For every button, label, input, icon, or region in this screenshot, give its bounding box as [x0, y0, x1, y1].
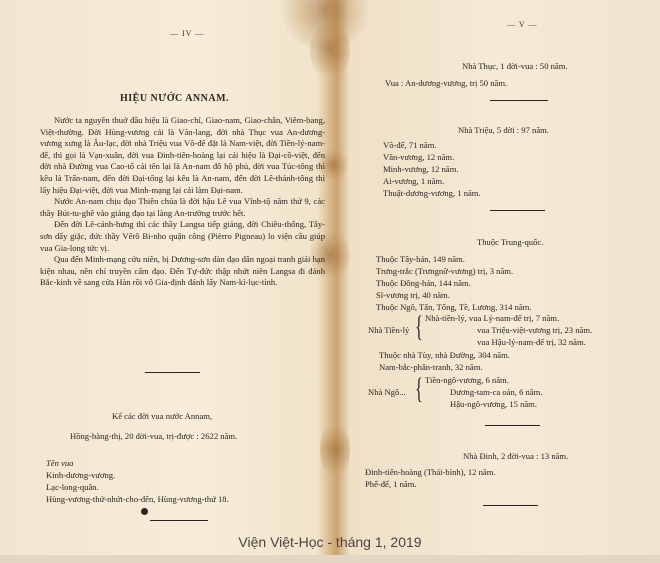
- divider: [483, 505, 538, 506]
- section-heading: Kể các đời vua nước Annam,: [112, 411, 212, 421]
- divider: [490, 100, 548, 101]
- right-page: — V — Nhà Thục, 1 đời-vua : 50 năm. Vua …: [365, 0, 650, 545]
- paragraph: Đến đời Lê-cảnh-hưng thì các thầy Langsa…: [40, 219, 325, 254]
- dynasty-entry: vua Hậu-lý-nam-đế trị, 32 năm.: [477, 337, 586, 347]
- paragraph: Nước ta nguyên thuở đầu hiệu là Giao-chỉ…: [40, 115, 325, 196]
- dynasty-entry: Phế-đế, 1 năm.: [365, 479, 417, 489]
- dynasty-line: Hồng-bàng-thị, 20 đời-vua, trị-được : 26…: [70, 431, 237, 441]
- page-number: — V —: [507, 20, 538, 29]
- divider: [145, 372, 200, 373]
- dynasty-entry: Đinh-tiên-hoàng (Thái-bình), 12 năm.: [365, 467, 496, 477]
- page-title: HIỆU NƯỚC ANNAM.: [120, 93, 229, 104]
- divider: [490, 210, 545, 211]
- dynasty-entry: Hậu-ngô-vương, 15 năm.: [450, 399, 537, 409]
- dynasty-heading-dinh: Nhà Đinh, 2 đời-vua : 13 năm.: [463, 451, 568, 461]
- ngo-label: Nhà Ngô...: [368, 387, 406, 397]
- left-page: — IV — HIỆU NƯỚC ANNAM. Nước ta nguyên t…: [40, 0, 330, 545]
- dynasty-entry: Nhà-tiền-lý, vua Lý-nam-đế trị, 7 năm.: [425, 313, 559, 323]
- ink-blot: [141, 508, 148, 515]
- dynasty-heading-trieu: Nhà Triệu, 5 đời : 97 năm.: [458, 125, 549, 135]
- dynasty-heading-trung-quoc: Thuộc Trung-quốc.: [477, 237, 543, 247]
- dynasty-entry: vua Triệu-việt-vương trị, 23 năm.: [477, 325, 592, 335]
- dynasty-entry: Minh-vương, 12 năm.: [383, 164, 459, 174]
- tien-ly-label: Nhà Tiền-lý: [368, 325, 409, 335]
- history-text: Nước ta nguyên thuở đầu hiệu là Giao-chỉ…: [40, 115, 325, 289]
- dynasty-entry: Thuật-dương-vương, 1 năm.: [383, 188, 481, 198]
- divider: [150, 520, 208, 521]
- dynasty-entry: Thuộc Tây-hán, 149 năm.: [376, 254, 465, 264]
- dynasty-entry: Thuộc Đông-hán, 144 năm.: [376, 278, 471, 288]
- dynasty-entry: Vua : An-dương-vương, trị 50 năm.: [385, 78, 507, 88]
- brace: {: [415, 374, 423, 404]
- dynasty-entry: Tiền-ngô-vương, 6 năm.: [425, 375, 509, 385]
- king-entry: Kinh-dương-vương.: [46, 470, 115, 480]
- dynasty-entry: Ai-vương, 1 năm.: [383, 176, 444, 186]
- dynasty-entry: Dương-tam-ca oán, 6 năm.: [450, 387, 542, 397]
- dynasty-entry: Thuộc Ngô, Tấn, Tống, Tề, Lương, 314 năm…: [376, 302, 532, 312]
- source-caption: Viện Việt-Học - tháng 1, 2019: [0, 534, 660, 550]
- king-entry: Lạc-long-quân.: [46, 482, 99, 492]
- paragraph: Qua đến Minh-mạng cửu niên, bị Dương-sơn…: [40, 254, 325, 289]
- dynasty-entry: Sĩ-vương trị, 40 năm.: [376, 290, 450, 300]
- paragraph: Nước An-nam chịu đạo Thiên chúa là đời h…: [40, 196, 325, 219]
- dynasty-entry: Nam-bắc-phân-tranh, 32 năm.: [379, 362, 483, 372]
- dynasty-entry: Trưng-trắc (Trưngnữ-vương) trị, 3 năm.: [376, 266, 513, 276]
- dynasty-entry: Thuộc nhà Tùy, nhà Đường, 304 năm.: [379, 350, 510, 360]
- dynasty-entry: Văn-vương, 12 năm.: [383, 152, 454, 162]
- dynasty-entry: Võ-đế, 71 năm.: [383, 140, 436, 150]
- divider: [485, 425, 540, 426]
- kings-label: Tên vua: [46, 458, 73, 468]
- king-entry: Hùng-vương-thứ-nhứt-cho-đến, Hùng-vương-…: [46, 494, 229, 504]
- book-spread: — IV — HIỆU NƯỚC ANNAM. Nước ta nguyên t…: [0, 0, 660, 563]
- bottom-edge: [0, 555, 660, 563]
- page-number: — IV —: [170, 29, 204, 38]
- brace: {: [415, 312, 423, 342]
- dynasty-heading-thuc: Nhà Thục, 1 đời-vua : 50 năm.: [462, 61, 568, 71]
